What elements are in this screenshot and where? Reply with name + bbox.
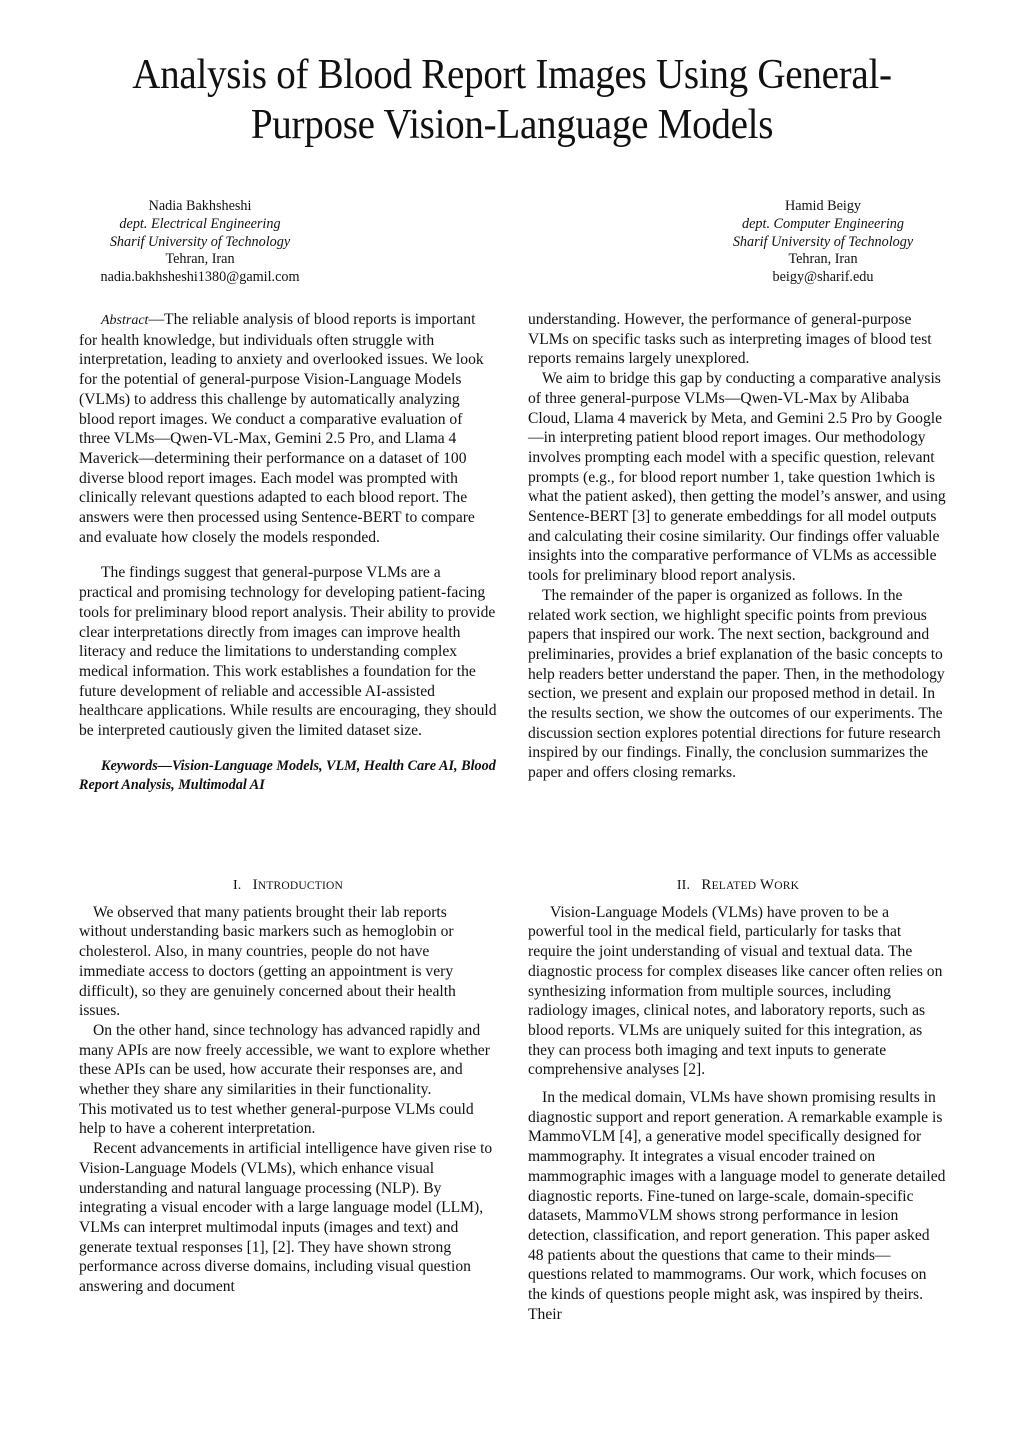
section-numeral: II.: [677, 878, 690, 893]
related-work-section: II. Related Work Vision-Language Models …: [528, 876, 948, 1324]
abstract-text-1: The reliable analysis of blood reports i…: [79, 311, 484, 546]
keywords: Keywords—Vision-Language Models, VLM, He…: [79, 757, 497, 796]
abstract-dash: —: [148, 311, 164, 328]
author-name: Hamid Beigy: [673, 198, 973, 216]
section-heading-introduction: I. Introduction: [79, 876, 497, 897]
intro-continued-paragraph-3: The remainder of the paper is organized …: [528, 586, 948, 783]
abstract-paragraph-2: The findings suggest that general-purpos…: [79, 563, 497, 740]
author-location: Tehran, Iran: [50, 251, 350, 269]
introduction-paragraph-2: On the other hand, since technology has …: [79, 1021, 497, 1100]
intro-continued-column: understanding. However, the performance …: [528, 310, 948, 783]
section-heading-related-work: II. Related Work: [528, 876, 948, 897]
intro-continued-paragraph-2: We aim to bridge this gap by conducting …: [528, 369, 948, 586]
author-dept: dept. Electrical Engineering: [50, 216, 350, 234]
author-name: Nadia Bakhsheshi: [50, 198, 350, 216]
section-numeral: I.: [233, 878, 242, 893]
related-work-paragraph-1: Vision-Language Models (VLMs) have prove…: [528, 903, 948, 1080]
author-email: nadia.bakhsheshi1380@gamil.com: [50, 269, 350, 287]
author-university: Sharif University of Technology: [50, 234, 350, 252]
abstract-paragraph-1: Abstract—The reliable analysis of blood …: [79, 310, 497, 547]
author-block-2: Hamid Beigy dept. Computer Engineering S…: [673, 198, 973, 287]
related-work-paragraph-2: In the medical domain, VLMs have shown p…: [528, 1088, 948, 1324]
author-location: Tehran, Iran: [673, 251, 973, 269]
author-dept: dept. Computer Engineering: [673, 216, 973, 234]
introduction-paragraph-4: Recent advancements in artificial intell…: [79, 1139, 497, 1297]
author-block-1: Nadia Bakhsheshi dept. Electrical Engine…: [50, 198, 350, 287]
author-university: Sharif University of Technology: [673, 234, 973, 252]
introduction-paragraph-1: We observed that many patients brought t…: [79, 903, 497, 1021]
author-email: beigy@sharif.edu: [673, 269, 973, 287]
paper-title: Analysis of Blood Report Images Using Ge…: [92, 50, 933, 150]
introduction-section: I. Introduction We observed that many pa…: [79, 876, 497, 1297]
intro-continued-paragraph-1: understanding. However, the performance …: [528, 310, 948, 369]
title-line-1: Analysis of Blood Report Images Using Ge…: [92, 50, 933, 100]
title-line-2: Purpose Vision-Language Models: [92, 100, 933, 150]
introduction-paragraph-3: This motivated us to test whether genera…: [79, 1100, 497, 1139]
abstract-column: Abstract—The reliable analysis of blood …: [79, 310, 497, 796]
abstract-label: Abstract: [101, 313, 148, 328]
